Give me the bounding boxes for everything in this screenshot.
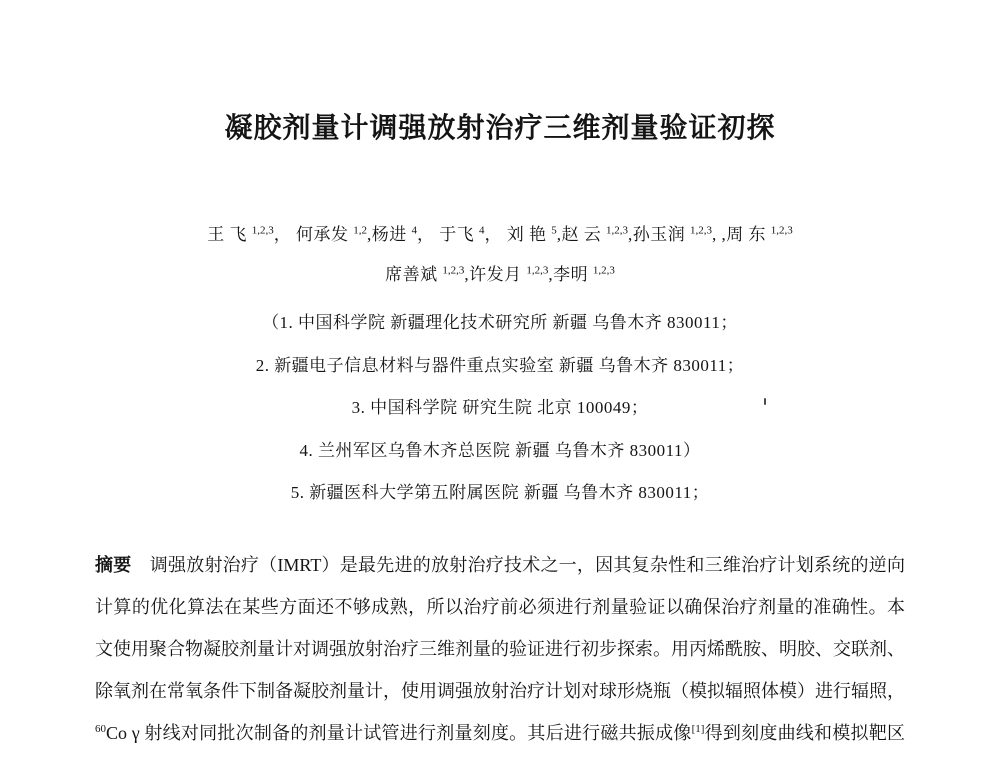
document-page: 凝胶剂量计调强放射治疗三维剂量验证初探 王 飞 1,2,3， 何承发 1,2,杨… bbox=[0, 0, 1000, 760]
affiliation-1: （1. 中国科学院 新疆理化技术研究所 新疆 乌鲁木齐 830011； bbox=[0, 302, 1000, 345]
abstract-line-5: 60Co γ 射线对同批次制备的剂量计试管进行剂量刻度。其后进行磁共振成像[1]… bbox=[95, 712, 905, 754]
abstract-line-1: 摘要 调强放射治疗（IMRT）是最先进的放射治疗技术之一，因其复杂性和三维治疗计… bbox=[95, 544, 905, 586]
abstract-line-4: 除氧剂在常氧条件下制备凝胶剂量计，使用调强放射治疗计划对球形烧瓶（模拟辐照体模）… bbox=[95, 670, 905, 712]
scan-artifact bbox=[764, 398, 766, 405]
author-line-2: 席善斌 1,2,3,许发月 1,2,3,李明 1,2,3 bbox=[0, 260, 1000, 290]
abstract-line-2: 计算的优化算法在某些方面还不够成熟，所以治疗前必须进行剂量验证以确保治疗剂量的准… bbox=[95, 586, 905, 628]
affiliation-5: 5. 新疆医科大学第五附属医院 新疆 乌鲁木齐 830011； bbox=[0, 472, 1000, 515]
paper-title: 凝胶剂量计调强放射治疗三维剂量验证初探 bbox=[0, 110, 1000, 148]
affiliation-4: 4. 兰州军区乌鲁木齐总医院 新疆 乌鲁木齐 830011） bbox=[0, 430, 1000, 473]
author-line-1: 王 飞 1,2,3， 何承发 1,2,杨进 4， 于飞 4， 刘 艳 5,赵 云… bbox=[0, 220, 1000, 250]
affiliation-list: （1. 中国科学院 新疆理化技术研究所 新疆 乌鲁木齐 830011； 2. 新… bbox=[0, 302, 1000, 515]
abstract-paragraph: 摘要 调强放射治疗（IMRT）是最先进的放射治疗技术之一，因其复杂性和三维治疗计… bbox=[95, 544, 905, 754]
affiliation-3: 3. 中国科学院 研究生院 北京 100049； bbox=[0, 387, 1000, 430]
affiliation-2: 2. 新疆电子信息材料与器件重点实验室 新疆 乌鲁木齐 830011； bbox=[0, 345, 1000, 388]
abstract-line-3: 文使用聚合物凝胶剂量计对调强放射治疗三维剂量的验证进行初步探索。用丙烯酰胺、明胶… bbox=[95, 628, 905, 670]
